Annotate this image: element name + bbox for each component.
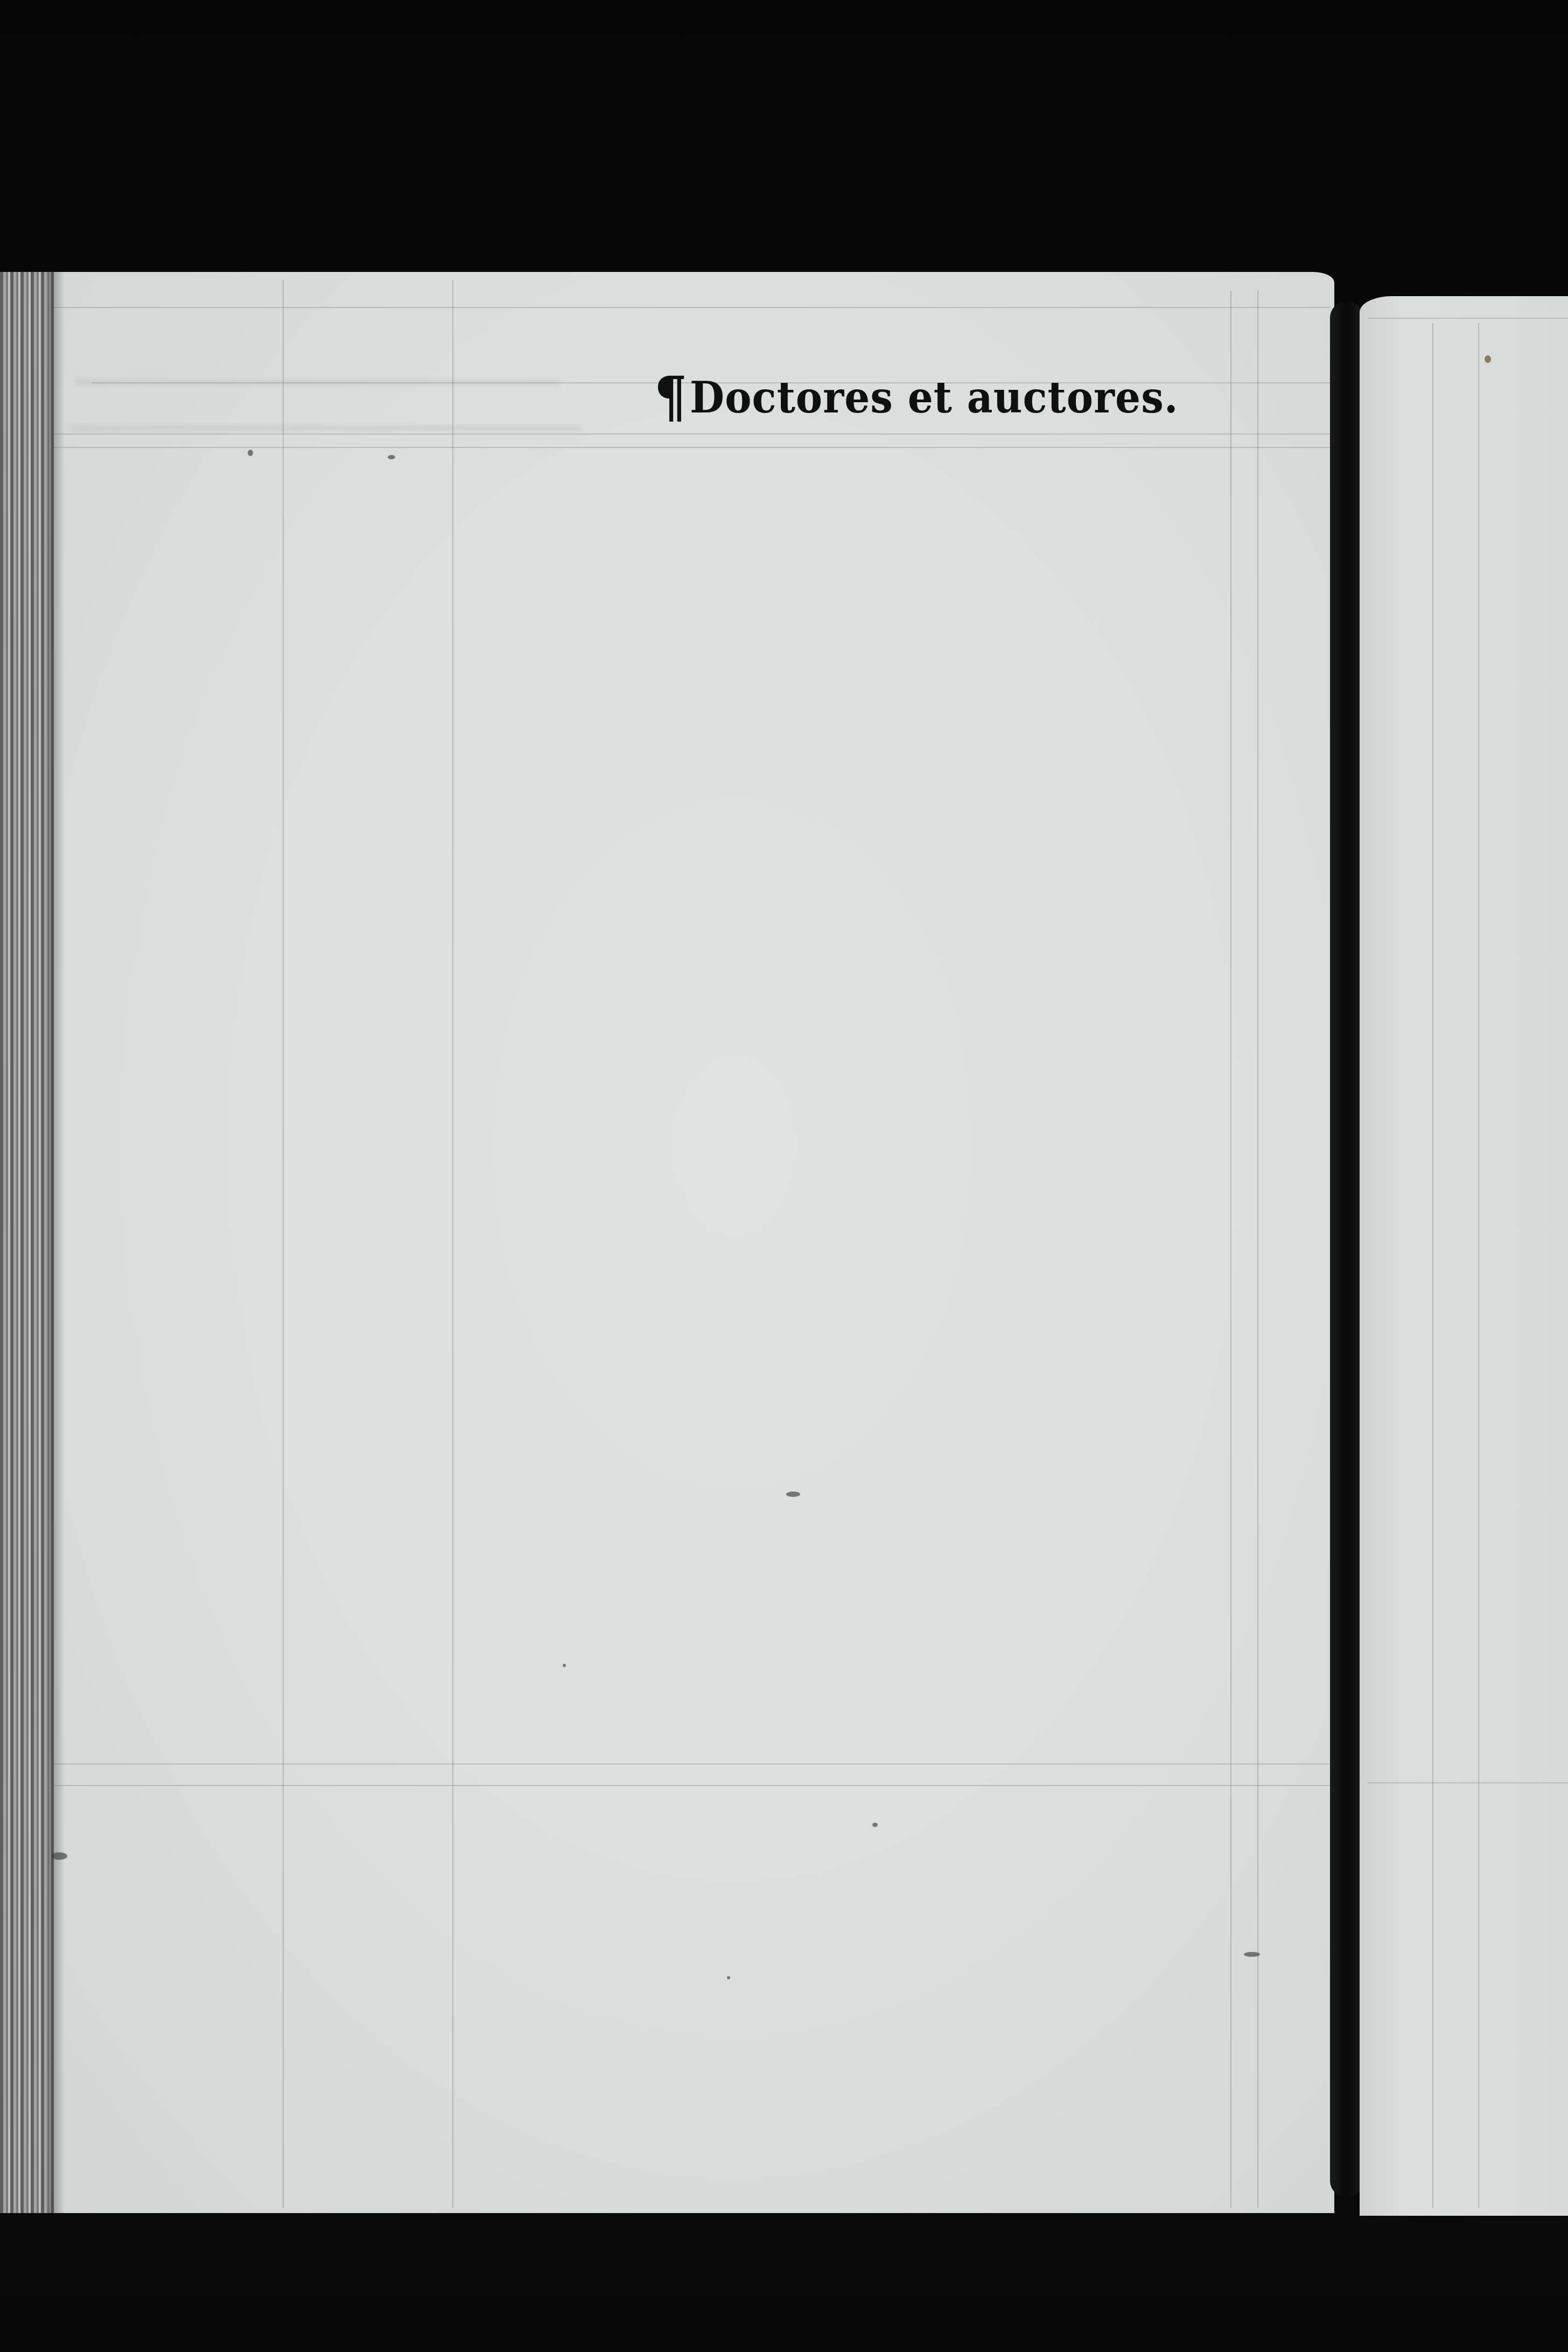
book-gutter [1330,302,1363,2197]
speck [388,455,395,459]
speck [248,450,253,456]
right-page [1360,296,1568,2216]
ruling-line [54,433,1330,435]
paragraph-mark: ¶ [654,363,688,429]
ruling-line [283,280,284,2208]
ruling-line [1368,1782,1568,1783]
ruling-line [1368,318,1568,319]
fore-edge-shadow [48,272,65,2213]
left-page [0,272,1334,2213]
ruling-line [1478,323,1479,2208]
speck [1244,1952,1260,1957]
speck [786,1492,800,1497]
running-header-text: Doctores et auctores. [690,373,1178,423]
ruling-line [54,1785,1330,1786]
ruling-line [1230,291,1231,2208]
speck [872,1823,878,1827]
speck [1485,355,1491,363]
speck [727,1976,730,1979]
ruling-line [54,1763,1330,1765]
ruling-line [54,447,1330,448]
show-through [70,425,582,431]
ruling-line [1257,291,1258,2208]
running-header: ¶Doctores et auctores. [654,363,1179,429]
ruling-line [1432,323,1433,2208]
ruling-line [54,307,1330,308]
show-through [75,380,560,385]
speck [51,1852,67,1860]
speck [563,1664,566,1667]
ruling-line [452,280,453,2208]
page-block-fore-edge [0,272,54,2213]
